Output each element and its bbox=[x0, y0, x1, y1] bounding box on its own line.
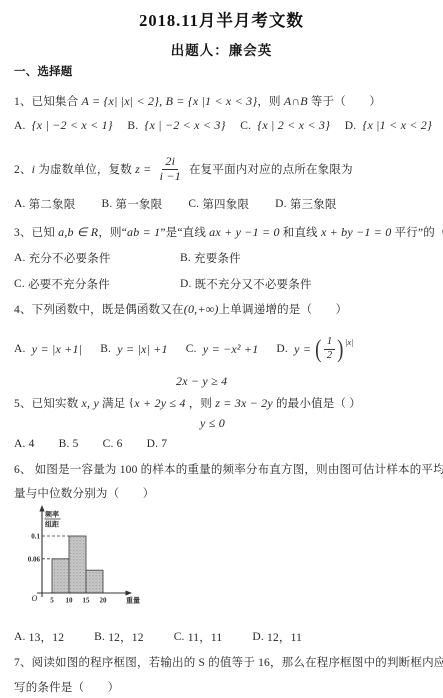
q5-constraint-top: 2x − y ≥ 4 bbox=[176, 374, 227, 389]
q3-ab-equals-1: ab = 1 bbox=[127, 225, 160, 240]
question-1-stem: 1、已知集合 A = {x| |x| < 2}, B = {x |1 < x <… bbox=[14, 93, 381, 109]
q3-text-mid3: 和直线 bbox=[280, 224, 321, 240]
section-heading-text: 一、选择题 bbox=[14, 63, 73, 79]
q4-option-b-text: y = |x| +1 bbox=[117, 342, 167, 357]
q2-text-pre: 为虚数单位，复数 bbox=[38, 161, 135, 177]
x-tick-label: 10 bbox=[66, 597, 74, 605]
q3-option-a-label: A. bbox=[14, 252, 29, 264]
q3-option-b: B. 充要条件 bbox=[180, 250, 241, 266]
q6-option-b: B. 12，12 bbox=[94, 629, 144, 645]
q1-text-mid: ，则 bbox=[257, 93, 283, 109]
q4-option-d: D. y = (12)|x| bbox=[276, 336, 354, 361]
y-tick-label: 0.06 bbox=[28, 555, 41, 563]
q1-option-d: D. {x |1 < x < 2} bbox=[345, 118, 432, 133]
q5-option-a-text: 4 bbox=[29, 438, 35, 450]
q3-option-a-text: 充分不必要条件 bbox=[29, 250, 111, 266]
q2-fraction-denominator: i −1 bbox=[158, 170, 183, 184]
q1-option-b-text: {x | −2 < x < 3} bbox=[145, 118, 226, 133]
y-tick-label: 0.1 bbox=[31, 533, 40, 541]
frequency-histogram: 0.10.065101520重量频率组距O bbox=[28, 501, 143, 614]
q3-option-d-label: D. bbox=[180, 278, 195, 290]
document-title: 2018.11月半月考文数 bbox=[0, 7, 443, 31]
q6-option-c-label: C. bbox=[174, 631, 188, 643]
histogram-bar bbox=[86, 570, 103, 593]
q4-option-d-pre: y = bbox=[294, 342, 314, 357]
q2-option-d-label: D. bbox=[275, 198, 290, 210]
q3-option-c-text: 必要不充分条件 bbox=[28, 276, 110, 292]
q5-option-d-label: D. bbox=[147, 438, 162, 450]
q3-option-d: D. 既不充分又不必要条件 bbox=[180, 276, 312, 292]
question-7-stem-line2: 写的条件是（ ） bbox=[14, 679, 119, 695]
q3-option-a: A. 充分不必要条件 bbox=[14, 250, 156, 266]
q4-option-b: B. y = |x| +1 bbox=[100, 342, 168, 357]
y-axis-title-numerator: 频率 bbox=[45, 510, 59, 519]
q4-interval: (0,+∞) bbox=[184, 302, 219, 317]
histogram-bar bbox=[52, 559, 69, 593]
q2-option-a: A. 第二象限 bbox=[14, 196, 75, 212]
q1-option-a: A. {x | −2 < x < 1} bbox=[14, 118, 113, 133]
q5-option-c-label: C. bbox=[103, 438, 117, 450]
q5-text-pre: 5、已知实数 bbox=[14, 395, 82, 411]
q2-option-c-label: C. bbox=[188, 198, 202, 210]
q7-stem-line1-text: 7、阅读如图的程序框图，若输出的 S 的值等于 16，那么在程序框图中的判断框内… bbox=[14, 654, 443, 670]
q5-constraint-mid: x + 2y ≤ 4 bbox=[134, 396, 185, 411]
q3-ab-in-r: a,b ∈ R bbox=[58, 225, 98, 240]
q2-fraction: 2ii −1 bbox=[158, 155, 183, 184]
q3-option-c: C. 必要不充分条件 bbox=[14, 276, 156, 292]
q1-text-post: 等于（ ） bbox=[308, 93, 381, 109]
q5-text-post: 的最小值是（ ） bbox=[273, 395, 361, 411]
q1-option-d-label: D. bbox=[345, 120, 363, 132]
q3-text-mid2: ”是“直线 bbox=[160, 224, 209, 240]
q1-option-a-text: {x | −2 < x < 1} bbox=[32, 118, 113, 133]
q3-text-post: 平行”的（ ） bbox=[391, 224, 443, 240]
q1-option-d-text: {x |1 < x < 2} bbox=[362, 118, 432, 133]
q4-option-d-denominator: 2 bbox=[325, 350, 334, 362]
question-3-stem: 3、已知 a,b ∈ R，则“ab = 1”是“直线 ax + y −1 = 0… bbox=[14, 224, 443, 240]
q2-option-d-text: 第三象限 bbox=[290, 196, 337, 212]
q5-objective: z = 3x − 2y bbox=[215, 396, 273, 411]
question-3-options-row2: C. 必要不充分条件 D. 既不充分又不必要条件 bbox=[14, 276, 336, 292]
q5-option-d-text: 7 bbox=[161, 438, 167, 450]
q4-text-post: 上单调递增的是（ ） bbox=[219, 301, 348, 317]
q5-option-d: D. 7 bbox=[147, 438, 168, 450]
y-axis-title-denominator: 组距 bbox=[45, 520, 59, 529]
q3-option-d-text: 既不充分又不必要条件 bbox=[195, 276, 312, 292]
origin-label: O bbox=[32, 594, 38, 603]
q6-option-b-label: B. bbox=[94, 631, 108, 643]
question-5-stem: 5、已知实数 x, y 满足 {x + 2y ≤ 4 ，则 z = 3x − 2… bbox=[14, 395, 361, 411]
document-author: 出题人：廉会英 bbox=[0, 39, 443, 59]
question-7-stem-line1: 7、阅读如图的程序框图，若输出的 S 的值等于 16，那么在程序框图中的判断框内… bbox=[14, 654, 443, 670]
q4-option-a-text: y = |x +1| bbox=[32, 342, 82, 357]
q5-option-b-label: B. bbox=[59, 438, 73, 450]
q3-text-mid1: ，则“ bbox=[98, 224, 127, 240]
x-axis-arrow-icon bbox=[126, 590, 133, 595]
q5-option-c: C. 6 bbox=[103, 438, 123, 450]
q4-option-c: C. y = −x² +1 bbox=[186, 342, 259, 357]
q2-option-c-text: 第四象限 bbox=[202, 196, 249, 212]
q2-z-equals: z = bbox=[135, 162, 155, 177]
q5-constraint-bottom-text: y ≤ 0 bbox=[200, 416, 225, 431]
histogram-canvas: 0.10.065101520重量频率组距O bbox=[28, 505, 140, 605]
question-6-stem-line1: 6、 如图是一容量为 100 的样本的重量的频率分布直方图，则由图可估计样本的平… bbox=[14, 461, 443, 477]
q6-option-d: D. 12，11 bbox=[252, 629, 302, 645]
q6-stem-line1-text: 6、 如图是一容量为 100 的样本的重量的频率分布直方图，则由图可估计样本的平… bbox=[14, 461, 443, 477]
x-axis-title: 重量 bbox=[126, 596, 140, 605]
q4-option-a-label: A. bbox=[14, 343, 32, 355]
q3-option-c-label: C. bbox=[14, 278, 28, 290]
y-axis-arrow-icon bbox=[39, 505, 44, 512]
q1-option-b-label: B. bbox=[127, 120, 144, 132]
q4-option-d-label: D. bbox=[276, 343, 294, 355]
q3-text-pre: 3、已知 bbox=[14, 224, 58, 240]
q5-constraint-bottom: y ≤ 0 bbox=[200, 416, 225, 431]
q5-option-b-text: 5 bbox=[73, 438, 79, 450]
q2-option-a-label: A. bbox=[14, 198, 29, 210]
q7-stem-line2-text: 写的条件是（ ） bbox=[14, 679, 119, 695]
q1-option-c-label: C. bbox=[240, 120, 257, 132]
question-2-stem: 2、i 为虚数单位，复数 z = 2ii −1 在复平面内对应的点所在象限为 bbox=[14, 152, 353, 186]
q5-vars: x, y bbox=[82, 396, 99, 411]
q2-option-d: D. 第三象限 bbox=[275, 196, 336, 212]
q6-option-a: A. 13，12 bbox=[14, 629, 64, 645]
q2-number: 2、 bbox=[14, 161, 32, 177]
q5-option-c-text: 6 bbox=[117, 438, 123, 450]
q6-option-d-label: D. bbox=[252, 631, 267, 643]
question-4-stem: 4、下列函数中，既是偶函数又在(0,+∞)上单调递增的是（ ） bbox=[14, 301, 347, 317]
q1-option-a-label: A. bbox=[14, 120, 32, 132]
q4-option-c-text: y = −x² +1 bbox=[203, 342, 259, 357]
q3-option-b-label: B. bbox=[180, 252, 194, 264]
q5-text-mid1: 满足 bbox=[99, 395, 129, 411]
q1-option-b: B. {x | −2 < x < 3} bbox=[127, 118, 225, 133]
q3-line2-formula: x + by −1 = 0 bbox=[321, 225, 392, 240]
q6-option-d-text: 12，11 bbox=[267, 629, 302, 645]
q6-stem-line2-text: 量与中位数分别为（ ） bbox=[14, 485, 154, 501]
x-tick-label: 15 bbox=[83, 597, 91, 605]
section-heading: 一、选择题 bbox=[14, 63, 73, 79]
q4-option-d-numerator: 1 bbox=[324, 336, 335, 349]
question-6-options: A. 13，12 B. 12，12 C. 11，11 D. 12，11 bbox=[14, 629, 332, 645]
q3-line1-formula: ax + y −1 = 0 bbox=[209, 225, 280, 240]
document-page[interactable]: 2018.11月半月考文数 出题人：廉会英 一、选择题 1、已知集合 A = {… bbox=[0, 0, 443, 698]
q2-text-post: 在复平面内对应的点所在象限为 bbox=[186, 161, 353, 177]
q2-var-i: i bbox=[32, 162, 39, 177]
q4-option-a: A. y = |x +1| bbox=[14, 342, 82, 357]
q4-text-pre: 4、下列函数中，既是偶函数又在 bbox=[14, 301, 184, 317]
q2-option-b-text: 第一象限 bbox=[116, 196, 163, 212]
q2-option-b: B. 第一象限 bbox=[101, 196, 162, 212]
q4-option-d-fraction: 12 bbox=[324, 336, 335, 361]
q4-option-d-rparen: ) bbox=[337, 337, 343, 362]
q1-option-c-text: {x | 2 < x < 3} bbox=[257, 118, 330, 133]
q4-option-d-lparen: ( bbox=[315, 337, 321, 362]
q2-option-a-text: 第二象限 bbox=[29, 196, 76, 212]
q2-fraction-numerator: 2i bbox=[162, 155, 178, 170]
q4-option-d-exponent: |x| bbox=[345, 337, 354, 347]
question-2-options: A. 第二象限 B. 第一象限 C. 第四象限 D. 第三象限 bbox=[14, 196, 363, 212]
q2-option-b-label: B. bbox=[101, 198, 115, 210]
q5-text-mid2: ，则 bbox=[186, 395, 216, 411]
q1-text-pre: 1、已知集合 bbox=[14, 93, 82, 109]
q4-option-b-label: B. bbox=[100, 343, 117, 355]
q6-option-b-text: 12，12 bbox=[108, 629, 144, 645]
question-4-options: A. y = |x +1| B. y = |x| +1 C. y = −x² +… bbox=[14, 330, 372, 368]
q1-intersection-formula: A∩B bbox=[284, 94, 308, 109]
q3-option-b-text: 充要条件 bbox=[194, 250, 241, 266]
q6-option-a-text: 13，12 bbox=[29, 629, 65, 645]
question-3-options-row1: A. 充分不必要条件 B. 充要条件 bbox=[14, 250, 265, 266]
q6-option-a-label: A. bbox=[14, 631, 29, 643]
question-1-options: A. {x | −2 < x < 1} B. {x | −2 < x < 3} … bbox=[14, 118, 432, 133]
q6-option-c: C. 11，11 bbox=[174, 629, 223, 645]
question-6-stem-line2: 量与中位数分别为（ ） bbox=[14, 485, 154, 501]
question-5-options: A. 4 B. 5 C. 6 D. 7 bbox=[14, 438, 191, 450]
x-tick-label: 5 bbox=[50, 597, 54, 605]
q5-option-a-label: A. bbox=[14, 438, 29, 450]
q5-option-b: B. 5 bbox=[59, 438, 79, 450]
q5-option-a: A. 4 bbox=[14, 438, 35, 450]
q5-constraint-top-text: 2x − y ≥ 4 bbox=[176, 374, 227, 389]
q1-option-c: C. {x | 2 < x < 3} bbox=[240, 118, 330, 133]
q4-option-c-label: C. bbox=[186, 343, 203, 355]
histogram-bar bbox=[69, 536, 86, 593]
q1-set-formula: A = {x| |x| < 2}, B = {x |1 < x < 3} bbox=[82, 94, 258, 109]
x-tick-label: 20 bbox=[100, 597, 108, 605]
q6-option-c-text: 11，11 bbox=[188, 629, 223, 645]
q2-option-c: C. 第四象限 bbox=[188, 196, 249, 212]
